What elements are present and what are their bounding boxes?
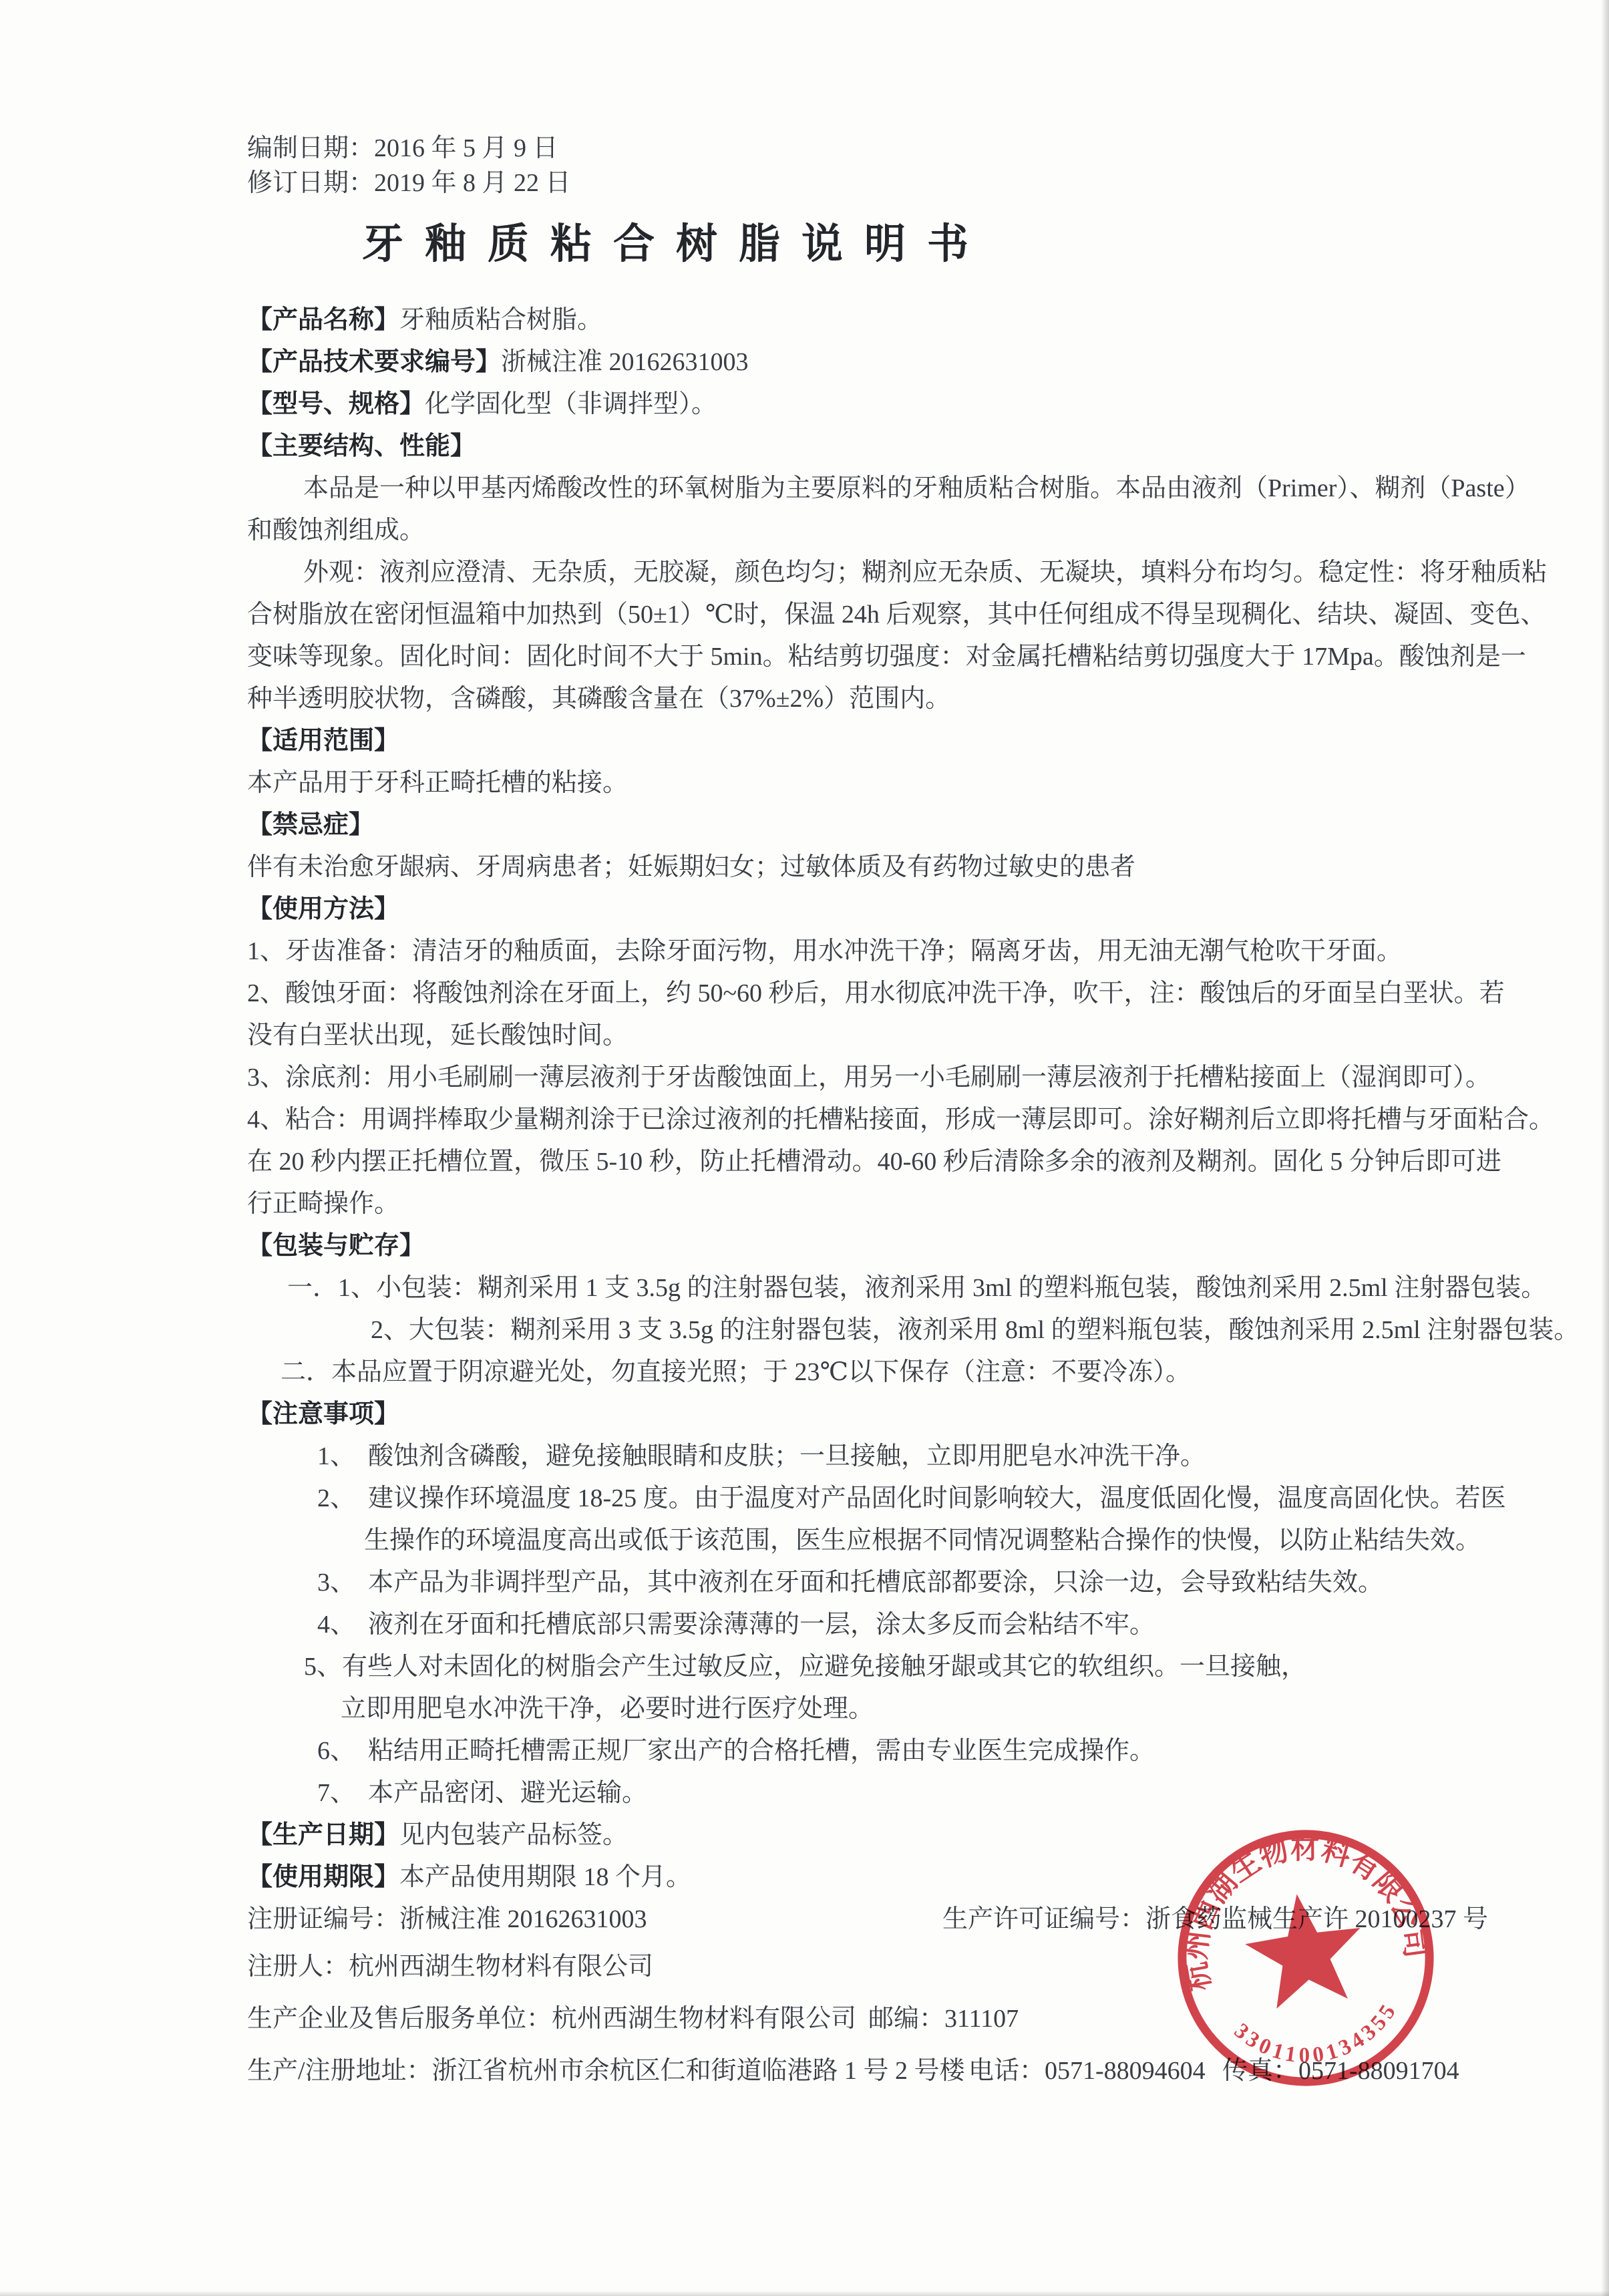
usage-step-line: 2、酸蚀牙面：将酸蚀剂涂在牙面上，约 50~60 秒后，用水彻底冲洗干净，吹干，…	[247, 973, 1495, 1015]
body-line: 外观：液剂应澄清、无杂质，无胶凝，颜色均匀；糊剂应无杂质、无凝块，填料分布均匀。…	[247, 552, 1495, 594]
phone-number: 电话：0571-88094604	[968, 2045, 1206, 2097]
usage-step-line: 3、涂底剂：用小毛刷刷一薄层液剂于牙齿酸蚀面上，用另一小毛刷刷一薄层液剂于托槽粘…	[247, 1057, 1495, 1099]
body-line: 和酸蚀剂组成。	[247, 510, 1495, 552]
field-tech-requirement-no: 【产品技术要求编号】浙械注准 20162631003	[247, 341, 1495, 383]
precaution-line: 1、 酸蚀剂含磷酸，避免接触眼睛和皮肤；一旦接触，立即用肥皂水冲洗干净。	[247, 1436, 1495, 1478]
stamp-star-icon	[1239, 1886, 1369, 2011]
body-line: 合树脂放在密闭恒温箱中加热到（50±1）℃时，保温 24h 后观察，其中任何组成…	[247, 594, 1495, 636]
precaution-line: 2、 建议操作环境温度 18-25 度。由于温度对产品固化时间影响较大，温度低固…	[247, 1478, 1495, 1520]
registration-certificate-no: 注册证编号：浙械注准 20162631003	[247, 1899, 647, 1941]
field-label: 【型号、规格】	[247, 390, 425, 418]
scan-edge-shadow-bottom	[0, 2291, 1609, 2296]
precaution-line: 5、有些人对未固化的树脂会产生过敏反应，应避免接触牙龈或其它的软组织。一旦接触，	[247, 1646, 1495, 1688]
packing-line: 一．1、小包装：糊剂采用 1 支 3.5g 的注射器包装，液剂采用 3ml 的塑…	[247, 1267, 1495, 1309]
section-heading-structure: 【主要结构、性能】	[247, 426, 1495, 468]
precaution-line: 3、 本产品为非调拌型产品，其中液剂在牙面和托槽底部都要涂，只涂一边，会导致粘结…	[247, 1562, 1495, 1604]
body-line: 种半透明胶状物，含磷酸，其磷酸含量在（37%±2%）范围内。	[247, 678, 1495, 720]
field-label: 【生产日期】	[247, 1821, 399, 1849]
section-heading-contraindication: 【禁忌症】	[247, 804, 1495, 846]
field-label: 【使用期限】	[247, 1863, 399, 1891]
precaution-line: 4、 液剂在牙面和托槽底部只需要涂薄薄的一层，涂太多反而会粘结不牢。	[247, 1604, 1495, 1646]
section-heading-scope: 【适用范围】	[247, 720, 1495, 762]
body-line: 本品是一种以甲基丙烯酸改性的环氧树脂为主要原料的牙釉质粘合树脂。本品由液剂（Pr…	[247, 468, 1495, 510]
usage-step-line: 1、牙齿准备：清洁牙的釉质面，去除牙面污物，用水冲洗干净；隔离牙齿，用无油无潮气…	[247, 931, 1495, 973]
document-title: 牙釉质粘合树脂说明书	[247, 219, 1495, 270]
precaution-line: 6、 粘结用正畸托槽需正规厂家出产的合格托槽，需由专业医生完成操作。	[247, 1730, 1495, 1772]
section-heading-precautions: 【注意事项】	[247, 1393, 1495, 1436]
field-label: 【产品名称】	[247, 306, 399, 334]
section-heading-usage: 【使用方法】	[247, 888, 1495, 931]
usage-step-line: 在 20 秒内摆正托槽位置，微压 5-10 秒，防止托槽滑动。40-60 秒后清…	[247, 1141, 1495, 1183]
field-value: 本产品使用期限 18 个月。	[399, 1863, 691, 1891]
revision-date-line: 修订日期：2019 年 8 月 22 日	[247, 166, 1495, 200]
field-label: 【产品技术要求编号】	[247, 348, 501, 376]
usage-step-line: 4、粘合：用调拌棒取少量糊剂涂于已涂过液剂的托槽粘接面，形成一薄层即可。涂好糊剂…	[247, 1099, 1495, 1141]
precaution-line: 7、 本产品密闭、避光运输。	[247, 1772, 1495, 1814]
field-model-spec: 【型号、规格】化学固化型（非调拌型）。	[247, 383, 1495, 426]
section-heading-packing: 【包装与贮存】	[247, 1225, 1495, 1267]
packing-line: 二．本品应置于阴凉避光处，勿直接光照；于 23℃以下保存（注意：不要冷冻）。	[247, 1351, 1495, 1393]
production-address: 生产/注册地址：浙江省杭州市余杭区仁和街道临港路 1 号 2 号楼	[247, 2057, 965, 2085]
postcode: 邮编：311107	[868, 1993, 1019, 2045]
body-line: 变味等现象。固化时间：固化时间不大于 5min。粘结剪切强度：对金属托槽粘结剪切…	[247, 636, 1495, 678]
precaution-line: 生操作的环境温度高出或低于该范围，医生应根据不同情况调整粘合操作的快慢，以防止粘…	[247, 1520, 1495, 1562]
scan-edge-shadow-right	[1601, 0, 1609, 2296]
document-content: 编制日期：2016 年 5 月 9 日 修订日期：2019 年 8 月 22 日…	[247, 131, 1495, 2097]
manufacturer-name: 生产企业及售后服务单位：杭州西湖生物材料有限公司	[247, 2005, 856, 2033]
usage-step-line: 行正畸操作。	[247, 1183, 1495, 1225]
field-value: 见内包装产品标签。	[399, 1821, 628, 1849]
company-stamp: 杭州西湖生物材料有限公司 3301100134355	[1155, 1808, 1456, 2108]
body-line: 伴有未治愈牙龈病、牙周病患者；妊娠期妇女；过敏体质及有药物过敏史的患者	[247, 846, 1495, 888]
field-value: 牙釉质粘合树脂。	[399, 306, 602, 334]
usage-step-line: 没有白垩状出现，延长酸蚀时间。	[247, 1015, 1495, 1057]
compile-date-line: 编制日期：2016 年 5 月 9 日	[247, 131, 1495, 166]
body-line: 本产品用于牙科正畸托槽的粘接。	[247, 762, 1495, 804]
field-product-name: 【产品名称】牙釉质粘合树脂。	[247, 299, 1495, 341]
field-value: 化学固化型（非调拌型）。	[425, 390, 717, 418]
precaution-line: 立即用肥皂水冲洗干净，必要时进行医疗处理。	[247, 1688, 1495, 1730]
scanned-document-page: 编制日期：2016 年 5 月 9 日 修订日期：2019 年 8 月 22 日…	[0, 0, 1609, 2296]
field-value: 浙械注准 20162631003	[501, 348, 749, 376]
packing-line: 2、大包装：糊剂采用 3 支 3.5g 的注射器包装，液剂采用 8ml 的塑料瓶…	[247, 1309, 1495, 1351]
